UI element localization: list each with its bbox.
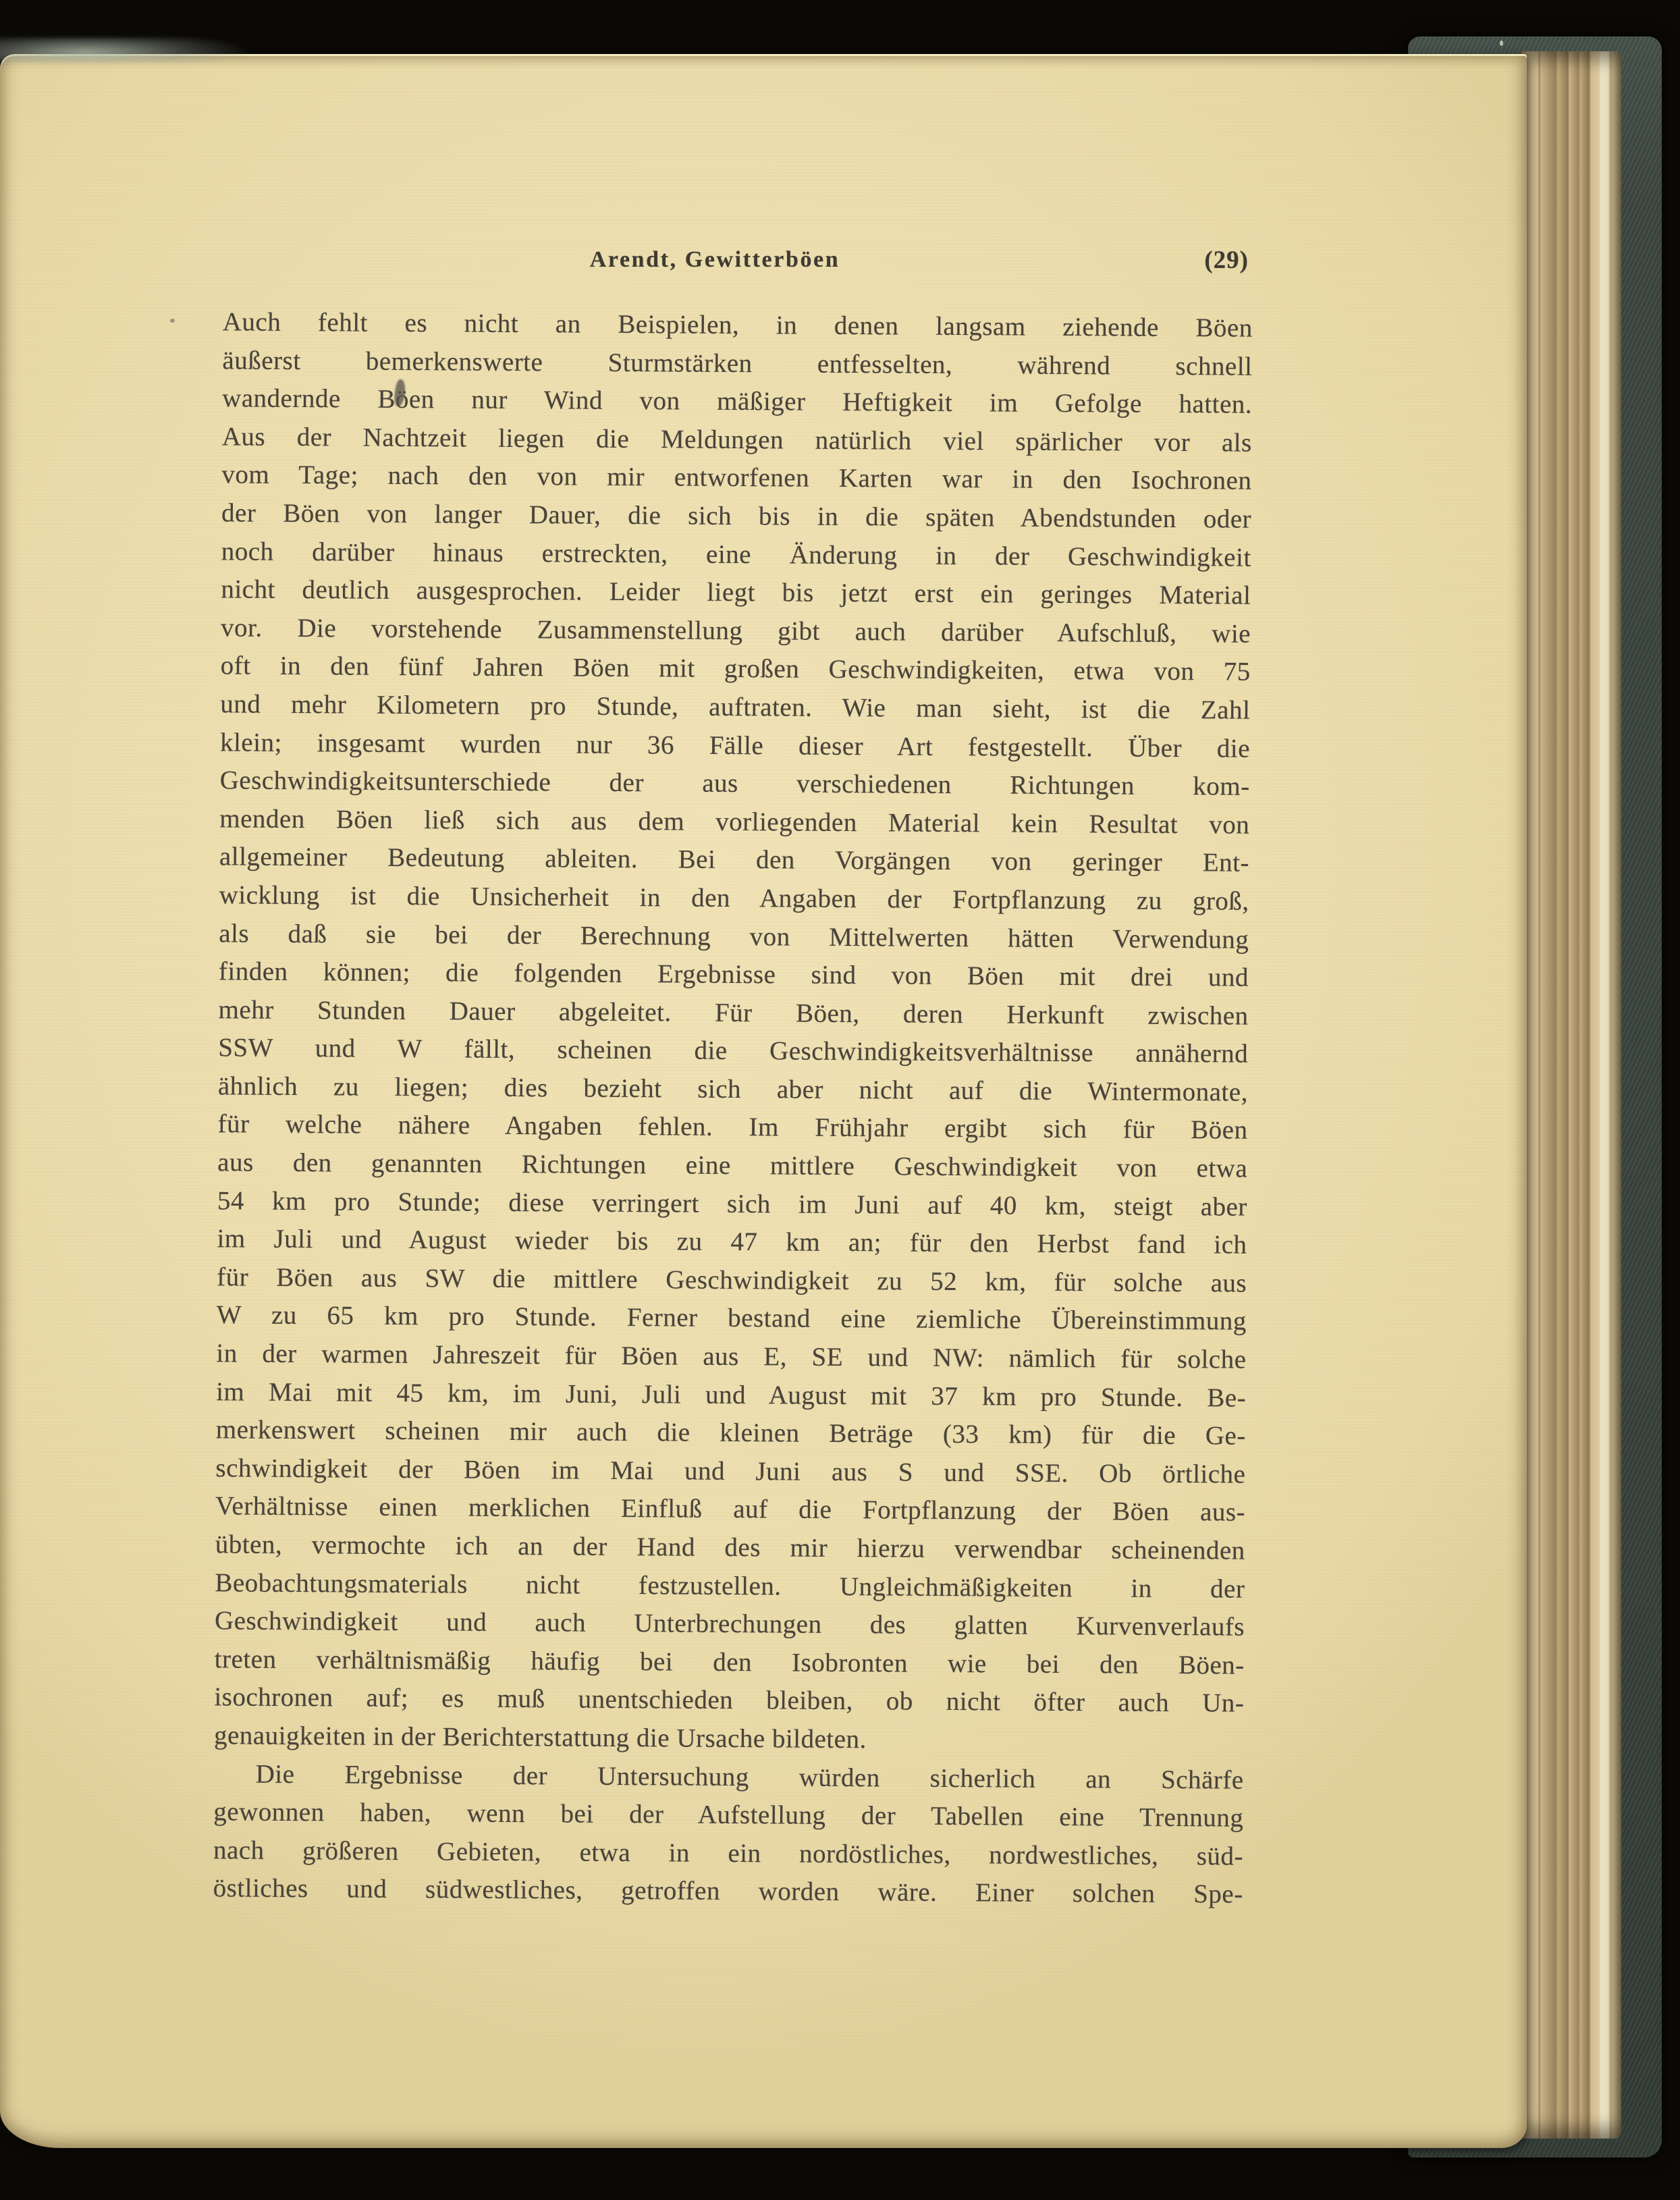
text-line: oft in den fünf Jahren Böen mit großen G…	[221, 647, 1251, 692]
text-line: nicht deutlich ausgesprochen. Leider lie…	[221, 570, 1251, 615]
text-line: der Böen von langer Dauer, die sich bis …	[221, 494, 1251, 539]
text-line: Beobachtungsmaterials nicht festzustelle…	[215, 1564, 1245, 1609]
text-line: Die Ergebnisse der Untersuchung würden s…	[214, 1755, 1244, 1800]
text-line: isochronen auf; es muß unentschieden ble…	[214, 1679, 1244, 1723]
text-line: treten verhältnismäßig häufig bei den Is…	[215, 1640, 1245, 1685]
text-line: Aus der Nachtzeit liegen die Meldungen n…	[222, 418, 1252, 462]
text-line: wandernde Böen nur Wind von mäßiger Heft…	[222, 380, 1252, 425]
paper-speck	[170, 319, 175, 323]
page-stack-edges	[1520, 51, 1621, 2139]
text-line: Auch fehlt es nicht an Beispielen, in de…	[223, 303, 1253, 348]
text-line: Verhältnisse einen merklichen Einfluß au…	[215, 1488, 1245, 1532]
text-line: merkenswert scheinen mir auch die kleine…	[216, 1412, 1246, 1456]
text-line: Geschwindigkeitsunterschiede der aus ver…	[220, 761, 1250, 806]
text-line: im Mai mit 45 km, im Juni, Juli und Augu…	[216, 1373, 1246, 1418]
text-line: in der warmen Jahreszeit für Böen aus E,…	[216, 1335, 1246, 1379]
book-page: Arendt, Gewitterböen (29) Auch fehlt es …	[0, 54, 1527, 2148]
dust-speck	[1500, 41, 1503, 46]
text-line: SSW und W fällt, scheinen die Geschwindi…	[218, 1029, 1248, 1074]
text-line: finden können; die folgenden Ergebnisse …	[219, 953, 1249, 997]
text-line: Geschwindigkeit und auch Unterbrechungen…	[215, 1602, 1245, 1646]
text-line: für welche nähere Angaben fehlen. Im Frü…	[217, 1106, 1247, 1150]
text-line: östliches und südwestliches, getroffen w…	[213, 1870, 1243, 1914]
text-line: vom Tage; nach den von mir entworfenen K…	[221, 456, 1251, 501]
text-line: vor. Die vorstehende Zusammenstellung gi…	[221, 609, 1251, 653]
text-line: W zu 65 km pro Stunde. Ferner bestand ei…	[217, 1297, 1247, 1341]
text-line: im Juli und August wieder bis zu 47 km a…	[217, 1220, 1247, 1265]
text-line: übten, vermochte ich an der Hand des mir…	[215, 1526, 1245, 1570]
top-edge-dust	[0, 38, 298, 62]
text-line: wicklung ist die Unsicherheit in den Ang…	[219, 876, 1249, 921]
text-line: gewonnen haben, wenn bei der Aufstellung…	[213, 1793, 1243, 1837]
text-line: äußerst bemerkenswerte Sturmstärken entf…	[222, 342, 1252, 386]
scanned-book-photo: Arendt, Gewitterböen (29) Auch fehlt es …	[0, 0, 1680, 2200]
running-title: Arendt, Gewitterböen	[200, 247, 1230, 273]
text-line: schwindigkeit der Böen im Mai und Juni a…	[215, 1449, 1245, 1494]
text-line: genauigkeiten in der Berichterstattung d…	[214, 1717, 1244, 1761]
text-line: ähnlich zu liegen; dies bezieht sich abe…	[218, 1067, 1248, 1112]
text-line: 54 km pro Stunde; diese verringert sich …	[217, 1182, 1247, 1227]
text-line: als daß sie bei der Berechnung von Mitte…	[219, 915, 1249, 959]
text-line: klein; insgesamt wurden nur 36 Fälle die…	[220, 724, 1250, 768]
body-text: Auch fehlt es nicht an Beispielen, in de…	[213, 303, 1252, 1914]
text-line: aus den genannten Richtungen eine mittle…	[217, 1144, 1247, 1188]
text-line: noch darüber hinaus erstreckten, eine Än…	[221, 533, 1251, 577]
text-line: menden Böen ließ sich aus dem vorliegend…	[219, 800, 1249, 844]
text-line: allgemeiner Bedeutung ableiten. Bei den …	[219, 838, 1249, 883]
text-line: für Böen aus SW die mittlere Geschwindig…	[217, 1258, 1247, 1303]
text-line: nach größeren Gebieten, etwa in ein nord…	[213, 1831, 1243, 1876]
page-number: (29)	[1204, 246, 1249, 275]
page-header: Arendt, Gewitterböen (29)	[223, 247, 1253, 281]
text-line: mehr Stunden Dauer abgeleitet. Für Böen,…	[218, 991, 1248, 1036]
text-line: und mehr Kilometern pro Stunde, auftrate…	[220, 685, 1250, 730]
